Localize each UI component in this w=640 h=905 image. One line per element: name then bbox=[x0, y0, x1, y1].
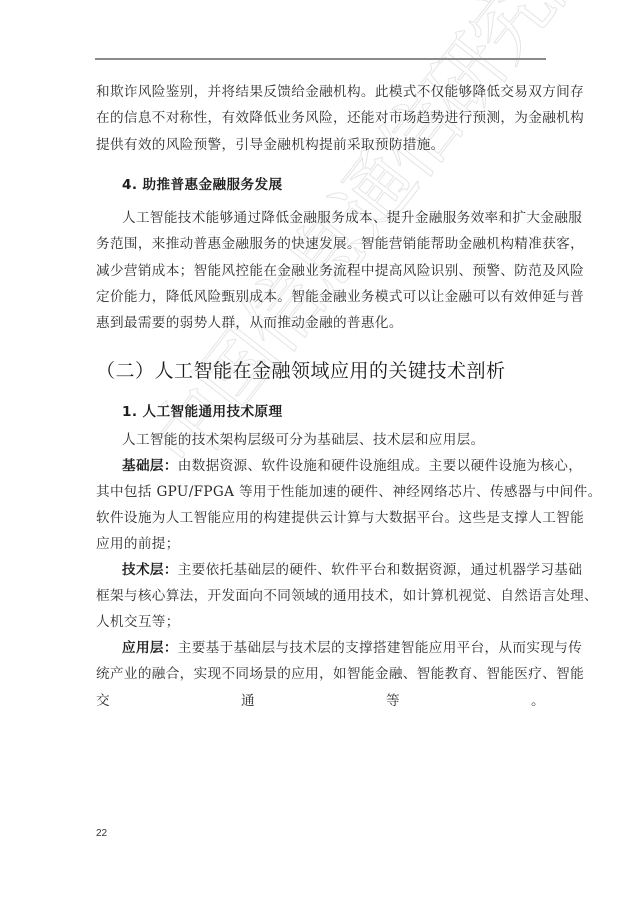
paragraph-line: 在的信息不对称性，有效降低业务风险，还能对市场趋势进行预测，为金融机构 bbox=[96, 109, 545, 127]
spread-char: 。 bbox=[531, 692, 545, 710]
document-page: 中国信息通信研究院 和欺诈风险鉴别，并将结果反馈给金融机构。此模式不仅能够降低交… bbox=[0, 0, 640, 905]
paragraph-line: 减少营销成本；智能风控能在金融业务流程中提高风险识别、预警、防范及风险 bbox=[96, 262, 545, 280]
spread-char: 交 bbox=[96, 692, 110, 710]
paragraph-line: 人机交互等； bbox=[96, 613, 545, 631]
technology-layer-line: 技术层：主要依托基础层的硬件、软件平台和数据资源，通过机器学习基础 bbox=[122, 561, 545, 579]
chapter-heading: （二）人工智能在金融领域应用的关键技术剖析 bbox=[96, 359, 506, 383]
application-layer-line: 应用层：主要基于基础层与技术层的支撑搭建智能应用平台，从而实现与传 bbox=[122, 639, 545, 657]
spread-char: 等 bbox=[386, 692, 400, 710]
paragraph-line: 其中包括 GPU/FPGA 等用于性能加速的硬件、神经网络芯片、传感器与中间件。 bbox=[96, 483, 545, 501]
spread-last-line: 交 通 等 。 bbox=[96, 692, 545, 710]
intro-line: 人工智能的技术架构层级可分为基础层、技术层和应用层。 bbox=[122, 431, 545, 449]
section-heading-4: 4. 助推普惠金融服务发展 bbox=[122, 176, 283, 194]
application-layer-text: 主要基于基础层与技术层的支撑搭建智能应用平台，从而实现与传 bbox=[178, 640, 582, 656]
paragraph-line: 框架与核心算法，开发面向不同领域的通用技术，如计算机视觉、自然语言处理、 bbox=[96, 587, 545, 605]
paragraph-line: 统产业的融合，实现不同场景的应用，如智能金融、智能教育、智能医疗、智能 bbox=[96, 665, 545, 683]
technology-layer-label: 技术层： bbox=[122, 562, 178, 578]
application-layer-label: 应用层： bbox=[122, 640, 178, 656]
foundation-layer-label: 基础层： bbox=[122, 458, 178, 474]
paragraph-line: 应用的前提； bbox=[96, 535, 545, 553]
spread-char: 通 bbox=[241, 692, 255, 710]
paragraph-line: 人工智能技术能够通过降低金融服务成本、提升金融服务效率和扩大金融服 bbox=[122, 209, 545, 227]
paragraph-line: 定价能力，降低风险甄别成本。智能金融业务模式可以让金融可以有效伸延与普 bbox=[96, 288, 545, 306]
paragraph-line: 和欺诈风险鉴别，并将结果反馈给金融机构。此模式不仅能够降低交易双方间存 bbox=[96, 83, 545, 101]
paragraph-line: 提供有效的风险预警，引导金融机构提前采取预防措施。 bbox=[96, 136, 545, 154]
paragraph-line: 惠到最需要的弱势人群，从而推动金融的普惠化。 bbox=[96, 314, 545, 332]
header-divider bbox=[95, 58, 546, 60]
foundation-layer-text: 由数据资源、软件设施和硬件设施组成。主要以硬件设施为核心， bbox=[178, 458, 582, 474]
paragraph-line: 务范围，来推动普惠金融服务的快速发展。智能营销能帮助金融机构精准获客， bbox=[96, 235, 545, 253]
technology-layer-text: 主要依托基础层的硬件、软件平台和数据资源，通过机器学习基础 bbox=[178, 562, 582, 578]
page-number: 22 bbox=[96, 828, 107, 839]
paragraph-line: 软件设施为人工智能应用的构建提供云计算与大数据平台。这些是支撑人工智能 bbox=[96, 509, 545, 527]
subsection-heading-1: 1. 人工智能通用技术原理 bbox=[122, 403, 283, 421]
foundation-layer-line: 基础层：由数据资源、软件设施和硬件设施组成。主要以硬件设施为核心， bbox=[122, 457, 545, 475]
